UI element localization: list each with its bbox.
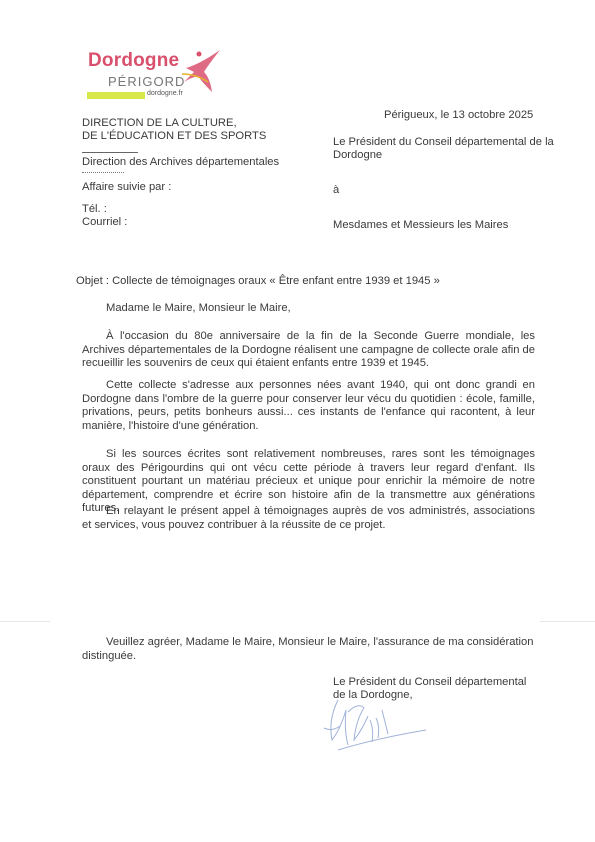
divider [82, 172, 124, 173]
courriel-label: Courriel : [82, 216, 127, 229]
closing-formula: Veuillez agréer, Madame le Maire, Monsie… [82, 636, 535, 663]
handwritten-signature [318, 690, 448, 770]
dordogne-perigord-logo: Dordogne PÉRIGORD dordogne.fr [86, 48, 226, 104]
direction-line-2: DE L'ÉDUCATION ET DES SPORTS [82, 130, 266, 143]
salutation: Madame le Maire, Monsieur le Maire, [106, 302, 291, 315]
paragraph: En relayant le présent appel à témoignag… [82, 505, 535, 532]
logo-url: dordogne.fr [147, 90, 183, 97]
dancer-figure-icon [182, 48, 222, 96]
sender-title: Le Président du Conseil départemental de… [333, 136, 583, 163]
sender-service: Direction des Archives départementales [82, 156, 279, 169]
sender-direction: DIRECTION DE LA CULTURE, DE L'ÉDUCATION … [82, 117, 266, 144]
scan-artifact [0, 621, 50, 622]
recipient-prefix: à [333, 184, 339, 197]
logo-subtitle: PÉRIGORD [108, 74, 185, 89]
logo-tagline-band [87, 92, 145, 99]
paragraph: À l'occasion du 80e anniversaire de la f… [82, 330, 535, 371]
tel-label: Tél. : [82, 203, 107, 216]
letter-date: Périgueux, le 13 octobre 2025 [384, 109, 533, 122]
recipient: Mesdames et Messieurs les Maires [333, 219, 508, 232]
divider [82, 152, 138, 153]
affaire-label: Affaire suivie par : [82, 181, 171, 194]
paragraph: Cette collecte s'adresse aux personnes n… [82, 379, 535, 433]
scan-artifact [540, 621, 595, 622]
direction-line-1: DIRECTION DE LA CULTURE, [82, 117, 266, 130]
signature-title-line-1: Le Président du Conseil départemental [333, 676, 526, 689]
letter-subject: Objet : Collecte de témoignages oraux « … [76, 275, 440, 288]
logo-title: Dordogne [88, 50, 179, 72]
